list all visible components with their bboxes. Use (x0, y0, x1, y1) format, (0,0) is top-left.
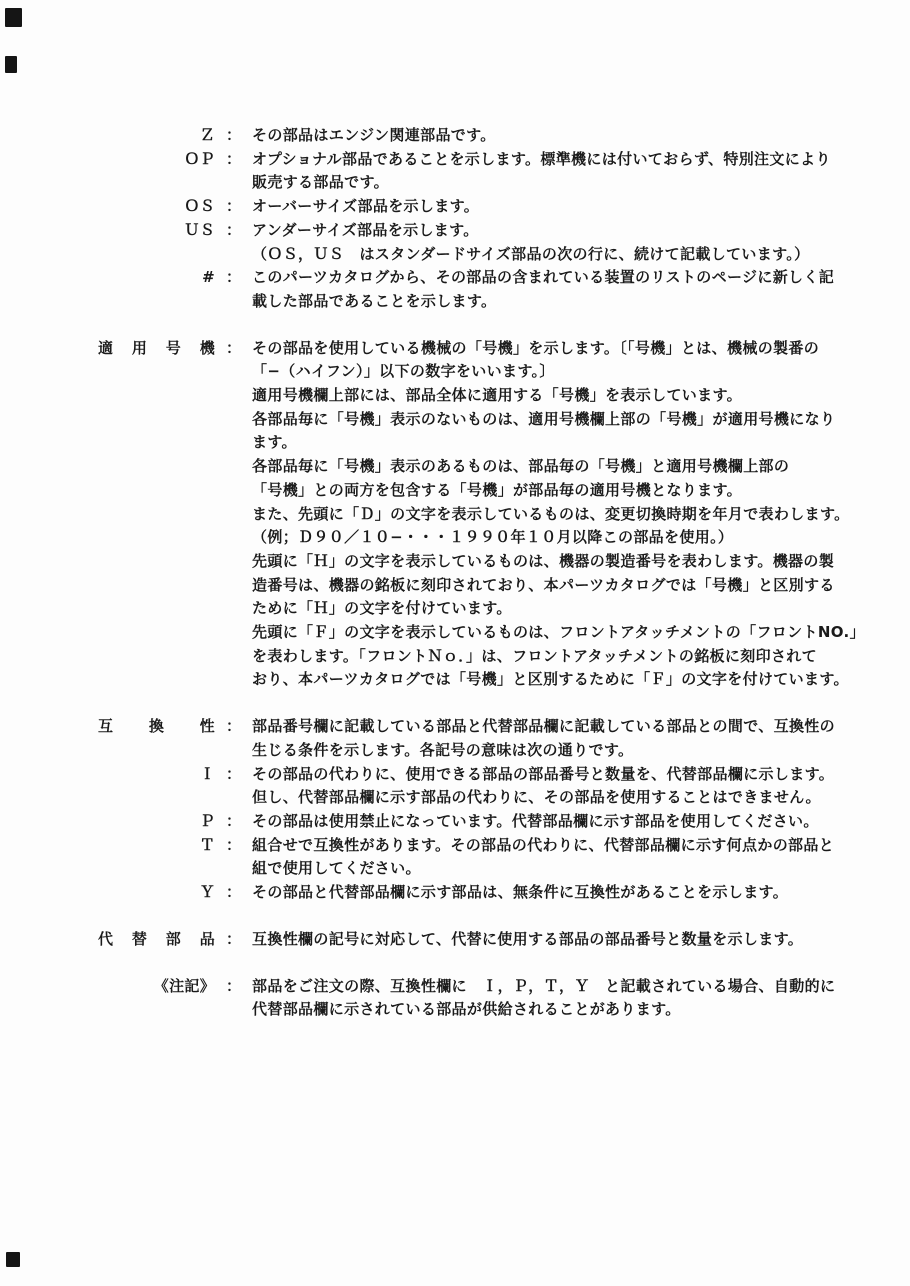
legend-row-symbol-us: ＵＳ ： アンダーサイズ部品を示します。 (0, 219, 910, 243)
row-text: を表わします。「フロントＮｏ．」は、フロントアタッチメントの銘板に刻印されて (252, 645, 817, 669)
row-label: # (98, 266, 215, 290)
row-text: 部品をご注文の際、互換性欄に Ｉ，Ｐ，Ｔ，Ｙ と記載されている場合、自動的に (252, 975, 835, 999)
legend-body: Ｚ ： その部品はエンジン関連部品です。 ＯＰ ： オプショナル部品であることを… (0, 124, 910, 1022)
legend-row-continuation: 造番号は、機器の銘板に刻印されており、本パーツカタログでは「号機」と区別する (0, 574, 910, 598)
row-text: 販売する部品です。 (252, 171, 389, 195)
legend-row-continuation: （ＯＳ，ＵＳ はスタンダードサイズ部品の次の行に、続けて記載しています。） (0, 243, 910, 267)
row-text: おり、本パーツカタログでは「号機」と区別するために「Ｆ」の文字を付けています。 (252, 668, 849, 692)
row-label: Ｉ (98, 763, 215, 787)
row-label: Ｔ (98, 834, 215, 858)
row-text: 「−（ハイフン）」以下の数字をいいます。〕 (252, 360, 555, 384)
legend-row-applicable-serial: 適 用 号 機 ： その部品を使用している機械の「号機」を示します。〔「号機」と… (0, 337, 910, 361)
row-label: 《注記》 (98, 975, 215, 999)
row-text: 代替部品欄に示されている部品が供給されることがあります。 (252, 998, 681, 1022)
row-label: ＯＰ (98, 148, 215, 172)
row-text: 生じる条件を示します。各記号の意味は次の通りです。 (252, 739, 633, 763)
legend-row-substitute-parts: 代 替 部 品 ： 互換性欄の記号に対応して、代替に使用する部品の部品番号と数量… (0, 928, 910, 952)
legend-row-symbol-y: Ｙ ： その部品と代替部品欄に示す部品は、無条件に互換性があることを示します。 (0, 881, 910, 905)
legend-row-symbol-i: Ｉ ： その部品の代わりに、使用できる部品の部品番号と数量を、代替部品欄に示しま… (0, 763, 910, 787)
row-text: 組で使用してください。 (252, 857, 421, 881)
row-text: 但し、代替部品欄に示す部品の代わりに、その部品を使用することはできません。 (252, 786, 821, 810)
row-colon: ： (215, 195, 252, 219)
row-label: Ｙ (98, 881, 215, 905)
row-text: 載した部品であることを示します。 (252, 290, 496, 314)
legend-row-continuation: 代替部品欄に示されている部品が供給されることがあります。 (0, 998, 910, 1022)
row-text: 部品番号欄に記載している部品と代替部品欄に記載している部品との間で、互換性の (252, 715, 835, 739)
row-label: ＯＳ (98, 195, 215, 219)
row-text: ために「Ｈ」の文字を付けています。 (252, 597, 512, 621)
scan-artifact-top-2 (5, 56, 17, 73)
row-text: 各部品毎に「号機」表示のないものは、適用号機欄上部の「号機」が適用号機になり (252, 408, 835, 432)
scanned-document-page: Ｚ ： その部品はエンジン関連部品です。 ＯＰ ： オプショナル部品であることを… (0, 0, 910, 1286)
row-text: 「号機」との両方を包含する「号機」が部品毎の適用号機となります。 (252, 479, 742, 503)
row-label: 適 用 号 機 (98, 337, 215, 361)
row-text: （ＯＳ，ＵＳ はスタンダードサイズ部品の次の行に、続けて記載しています。） (252, 243, 809, 267)
scan-artifact-bottom (6, 1252, 20, 1267)
row-colon: ： (215, 928, 252, 952)
row-text: オーバーサイズ部品を示します。 (252, 195, 479, 219)
row-text: アンダーサイズ部品を示します。 (252, 219, 479, 243)
row-text: 各部品毎に「号機」表示のあるものは、部品毎の「号機」と適用号機欄上部の (252, 455, 789, 479)
row-label: 互 換 性 (98, 715, 215, 739)
row-colon: ： (215, 715, 252, 739)
legend-row-continuation: 但し、代替部品欄に示す部品の代わりに、その部品を使用することはできません。 (0, 786, 910, 810)
row-text: 互換性欄の記号に対応して、代替に使用する部品の部品番号と数量を示します。 (252, 928, 803, 952)
row-colon: ： (215, 975, 252, 999)
legend-row-continuation: 適用号機欄上部には、部品全体に適用する「号機」を表示しています。 (0, 384, 910, 408)
row-text: 組合せで互換性があります。その部品の代わりに、代替部品欄に示す何点かの部品と (252, 834, 834, 858)
row-text: オプショナル部品であることを示します。標準機には付いておらず、特別注文により (252, 148, 831, 172)
row-colon: ： (215, 337, 252, 361)
legend-row-continuation: 先頭に「Ｈ」の文字を表示しているものは、機器の製造番号を表わします。機器の製 (0, 550, 910, 574)
legend-row-symbol-os: ＯＳ ： オーバーサイズ部品を示します。 (0, 195, 910, 219)
row-text: 造番号は、機器の銘板に刻印されており、本パーツカタログでは「号機」と区別する (252, 574, 835, 598)
legend-row-continuation: 販売する部品です。 (0, 171, 910, 195)
legend-row-continuation: を表わします。「フロントＮｏ．」は、フロントアタッチメントの銘板に刻印されて (0, 645, 910, 669)
legend-row-continuation: 先頭に「Ｆ」の文字を表示しているものは、フロントアタッチメントの「フロントNO.… (0, 621, 910, 645)
legend-row-continuation: 各部品毎に「号機」表示のないものは、適用号機欄上部の「号機」が適用号機になり (0, 408, 910, 432)
row-label: ＵＳ (98, 219, 215, 243)
legend-row-continuation: ために「Ｈ」の文字を付けています。 (0, 597, 910, 621)
row-colon: ： (215, 266, 252, 290)
row-colon: ： (215, 148, 252, 172)
legend-row-continuation: 「−（ハイフン）」以下の数字をいいます。〕 (0, 360, 910, 384)
legend-row-symbol-op: ＯＰ ： オプショナル部品であることを示します。標準機には付いておらず、特別注文… (0, 148, 910, 172)
row-label: 代 替 部 品 (98, 928, 215, 952)
row-label: Ｐ (98, 810, 215, 834)
row-text: その部品と代替部品欄に示す部品は、無条件に互換性があることを示します。 (252, 881, 788, 905)
row-label: Ｚ (98, 124, 215, 148)
legend-row-continuation: 各部品毎に「号機」表示のあるものは、部品毎の「号機」と適用号機欄上部の (0, 455, 910, 479)
row-colon: ： (215, 834, 252, 858)
row-text: 先頭に「Ｈ」の文字を表示しているものは、機器の製造番号を表わします。機器の製 (252, 550, 834, 574)
row-text: （例；Ｄ９０／１０−・・・１９９０年１０月以降この部品を使用。） (252, 526, 733, 550)
legend-row-symbol-p: Ｐ ： その部品は使用禁止になっています。代替部品欄に示す部品を使用してください… (0, 810, 910, 834)
scan-artifact-top-1 (5, 8, 22, 27)
row-text: また、先頭に「Ｄ」の文字を表示しているものは、変更切換時期を年月で表わします。 (252, 503, 849, 527)
legend-row-continuation: また、先頭に「Ｄ」の文字を表示しているものは、変更切換時期を年月で表わします。 (0, 503, 910, 527)
row-text: 適用号機欄上部には、部品全体に適用する「号機」を表示しています。 (252, 384, 742, 408)
row-text: その部品の代わりに、使用できる部品の部品番号と数量を、代替部品欄に示します。 (252, 763, 834, 787)
legend-row-continuation: （例；Ｄ９０／１０−・・・１９９０年１０月以降この部品を使用。） (0, 526, 910, 550)
legend-row-continuation: 「号機」との両方を包含する「号機」が部品毎の適用号機となります。 (0, 479, 910, 503)
row-text: その部品を使用している機械の「号機」を示します。〔「号機」とは、機械の製番の (252, 337, 819, 361)
legend-row-continuation: ます。 (0, 431, 910, 455)
row-text: このパーツカタログから、その部品の含まれている装置のリストのページに新しく記 (252, 266, 834, 290)
row-colon: ： (215, 810, 252, 834)
legend-row-symbol-z: Ｚ ： その部品はエンジン関連部品です。 (0, 124, 910, 148)
legend-row-continuation: おり、本パーツカタログでは「号機」と区別するために「Ｆ」の文字を付けています。 (0, 668, 910, 692)
legend-row-note: 《注記》 ： 部品をご注文の際、互換性欄に Ｉ，Ｐ，Ｔ，Ｙ と記載されている場合… (0, 975, 910, 999)
row-text: その部品はエンジン関連部品です。 (252, 124, 496, 148)
legend-row-symbol-hash: # ： このパーツカタログから、その部品の含まれている装置のリストのページに新し… (0, 266, 910, 290)
legend-row-continuation: 生じる条件を示します。各記号の意味は次の通りです。 (0, 739, 910, 763)
row-colon: ： (215, 124, 252, 148)
row-text: ます。 (252, 431, 297, 455)
row-colon: ： (215, 219, 252, 243)
legend-row-continuation: 載した部品であることを示します。 (0, 290, 910, 314)
legend-row-continuation: 組で使用してください。 (0, 857, 910, 881)
legend-row-interchangeability: 互 換 性 ： 部品番号欄に記載している部品と代替部品欄に記載している部品との間… (0, 715, 910, 739)
row-colon: ： (215, 881, 252, 905)
legend-row-symbol-t: Ｔ ： 組合せで互換性があります。その部品の代わりに、代替部品欄に示す何点かの部… (0, 834, 910, 858)
row-text: その部品は使用禁止になっています。代替部品欄に示す部品を使用してください。 (252, 810, 819, 834)
row-colon: ： (215, 763, 252, 787)
row-text: 先頭に「Ｆ」の文字を表示しているものは、フロントアタッチメントの「フロントNO.… (252, 621, 865, 645)
